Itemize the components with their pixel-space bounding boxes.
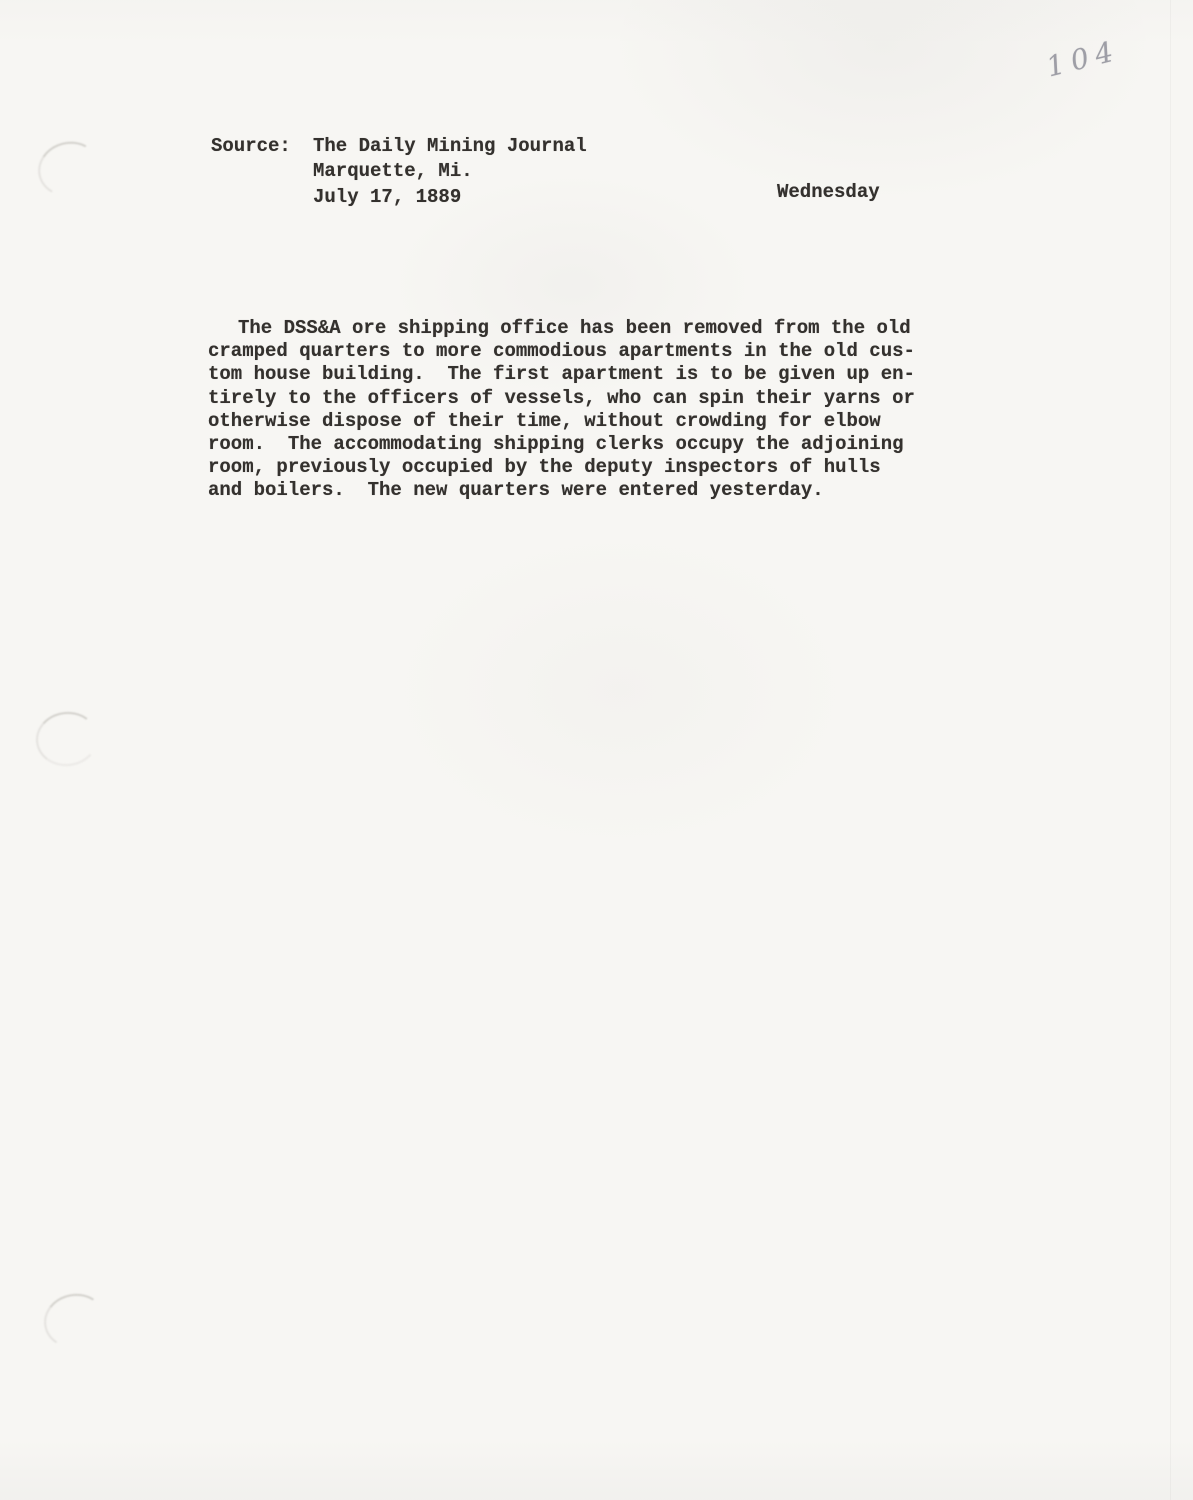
body-line: The DSS&A ore shipping office has been r… xyxy=(208,317,915,340)
body-line: tirely to the officers of vessels, who c… xyxy=(208,387,915,410)
source-publication: The Daily Mining Journal xyxy=(313,134,587,159)
source-date: July 17, 1889 xyxy=(313,186,461,208)
body-line: tom house building. The first apartment … xyxy=(208,363,915,386)
source-citation-block: Source: The Daily Mining Journal Marquet… xyxy=(211,134,587,211)
scan-edge-line xyxy=(1170,0,1171,1500)
body-paragraph: The DSS&A ore shipping office has been r… xyxy=(208,317,915,503)
source-location: Marquette, Mi. xyxy=(313,160,473,182)
punch-hole-top xyxy=(32,135,105,202)
scanned-document-page: 104 Source: The Daily Mining Journal Mar… xyxy=(0,0,1193,1500)
punch-hole-middle xyxy=(33,709,100,769)
body-line: room. The accommodating shipping clerks … xyxy=(208,433,915,456)
body-line: and boilers. The new quarters were enter… xyxy=(208,479,915,502)
body-line: cramped quarters to more commodious apar… xyxy=(208,340,915,363)
body-line: room, previously occupied by the deputy … xyxy=(208,456,915,479)
source-label: Source: xyxy=(211,134,313,159)
punch-hole-bottom xyxy=(40,1289,110,1353)
weekday-label: Wednesday xyxy=(777,180,880,205)
handwritten-page-number: 104 xyxy=(1043,33,1123,83)
body-line: otherwise dispose of their time, without… xyxy=(208,410,915,433)
